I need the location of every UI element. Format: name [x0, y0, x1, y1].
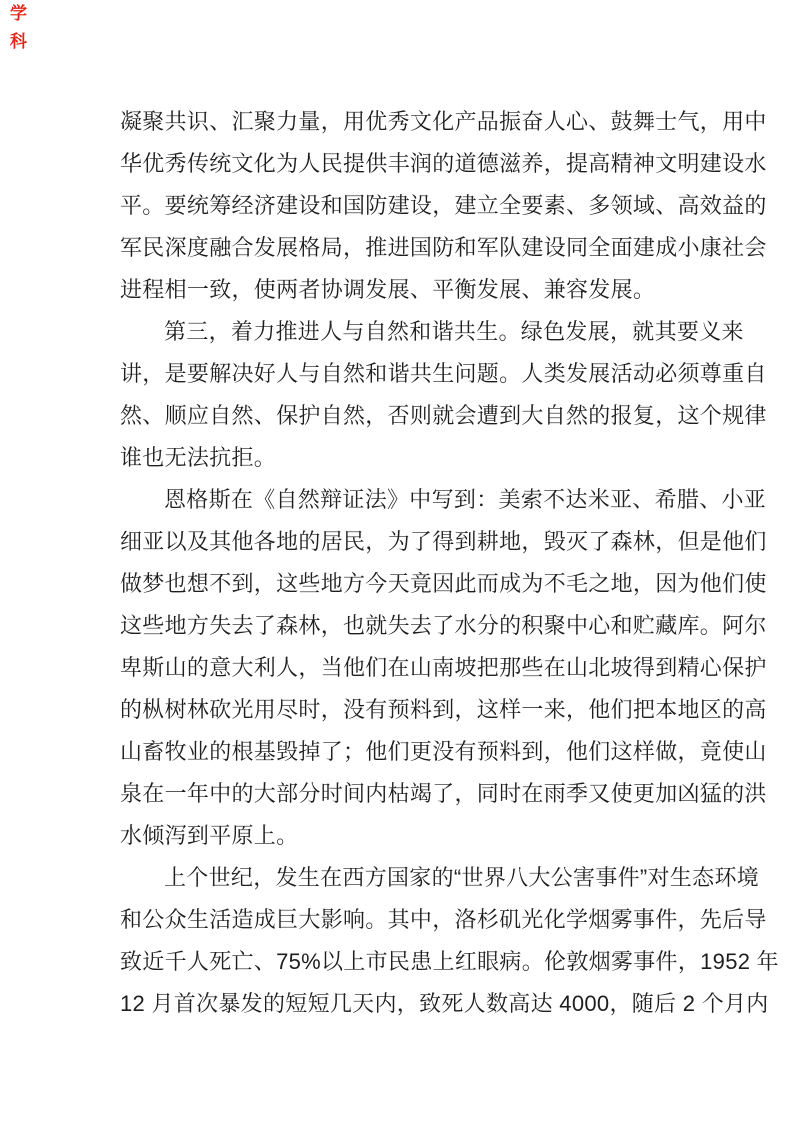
text-line: 泉在一年中的大部分时间内枯竭了，同时在雨季又使更加凶猛的洪	[120, 773, 784, 815]
text-line: 水倾泻到平原上。	[120, 815, 784, 857]
text-line: 这些地方失去了森林，也就失去了水分的积聚中心和贮藏库。阿尔	[120, 605, 784, 647]
text-line: 谁也无法抗拒。	[120, 437, 784, 479]
text-line: 卑斯山的意大利人，当他们在山南坡把那些在山北坡得到精心保护	[120, 647, 784, 689]
text-line: 致近千人死亡、75%以上市民患上红眼病。伦敦烟雾事件，1952 年	[120, 941, 784, 983]
text-line: 山畜牧业的根基毁掉了；他们更没有预料到，他们这样做，竟使山	[120, 731, 784, 773]
watermark-glyph: 学	[10, 5, 32, 22]
text-line: 上个世纪，发生在西方国家的“世界八大公害事件”对生态环境	[120, 857, 784, 899]
text-line: 进程相一致，使两者协调发展、平衡发展、兼容发展。	[120, 269, 784, 311]
watermark-glyph: 科	[10, 33, 32, 50]
text-line: 恩格斯在《自然辩证法》中写到：美索不达米亚、希腊、小亚	[120, 479, 784, 521]
text-line: 的枞树林砍光用尽时，没有预料到，这样一来，他们把本地区的高	[120, 689, 784, 731]
text-line: 军民深度融合发展格局，推进国防和军队建设同全面建成小康社会	[120, 227, 784, 269]
text-line: 讲，是要解决好人与自然和谐共生问题。人类发展活动必须尊重自	[120, 353, 784, 395]
text-line: 凝聚共识、汇聚力量，用优秀文化产品振奋人心、鼓舞士气，用中	[120, 101, 784, 143]
document-viewer-page: { "page": { "background": "#ffffff", "te…	[0, 0, 800, 1130]
text-line: 12 月首次暴发的短短几天内，致死人数高达 4000，随后 2 个月内	[120, 983, 784, 1025]
text-line: 华优秀传统文化为人民提供丰润的道德滋养，提高精神文明建设水	[120, 143, 784, 185]
text-line: 做梦也想不到，这些地方今天竟因此而成为不毛之地，因为他们使	[120, 563, 784, 605]
text-line: 细亚以及其他各地的居民，为了得到耕地，毁灭了森林，但是他们	[120, 521, 784, 563]
document-page: 凝聚共识、汇聚力量，用优秀文化产品振奋人心、鼓舞士气，用中华优秀传统文化为人民提…	[120, 101, 784, 1025]
text-line: 然、顺应自然、保护自然，否则就会遭到大自然的报复，这个规律	[120, 395, 784, 437]
text-line: 第三，着力推进人与自然和谐共生。绿色发展，就其要义来	[120, 311, 784, 353]
corner-watermark: 学 科	[10, 5, 32, 61]
text-line: 和公众生活造成巨大影响。其中，洛杉矶光化学烟雾事件，先后导	[120, 899, 784, 941]
text-line: 平。要统筹经济建设和国防建设，建立全要素、多领域、高效益的	[120, 185, 784, 227]
